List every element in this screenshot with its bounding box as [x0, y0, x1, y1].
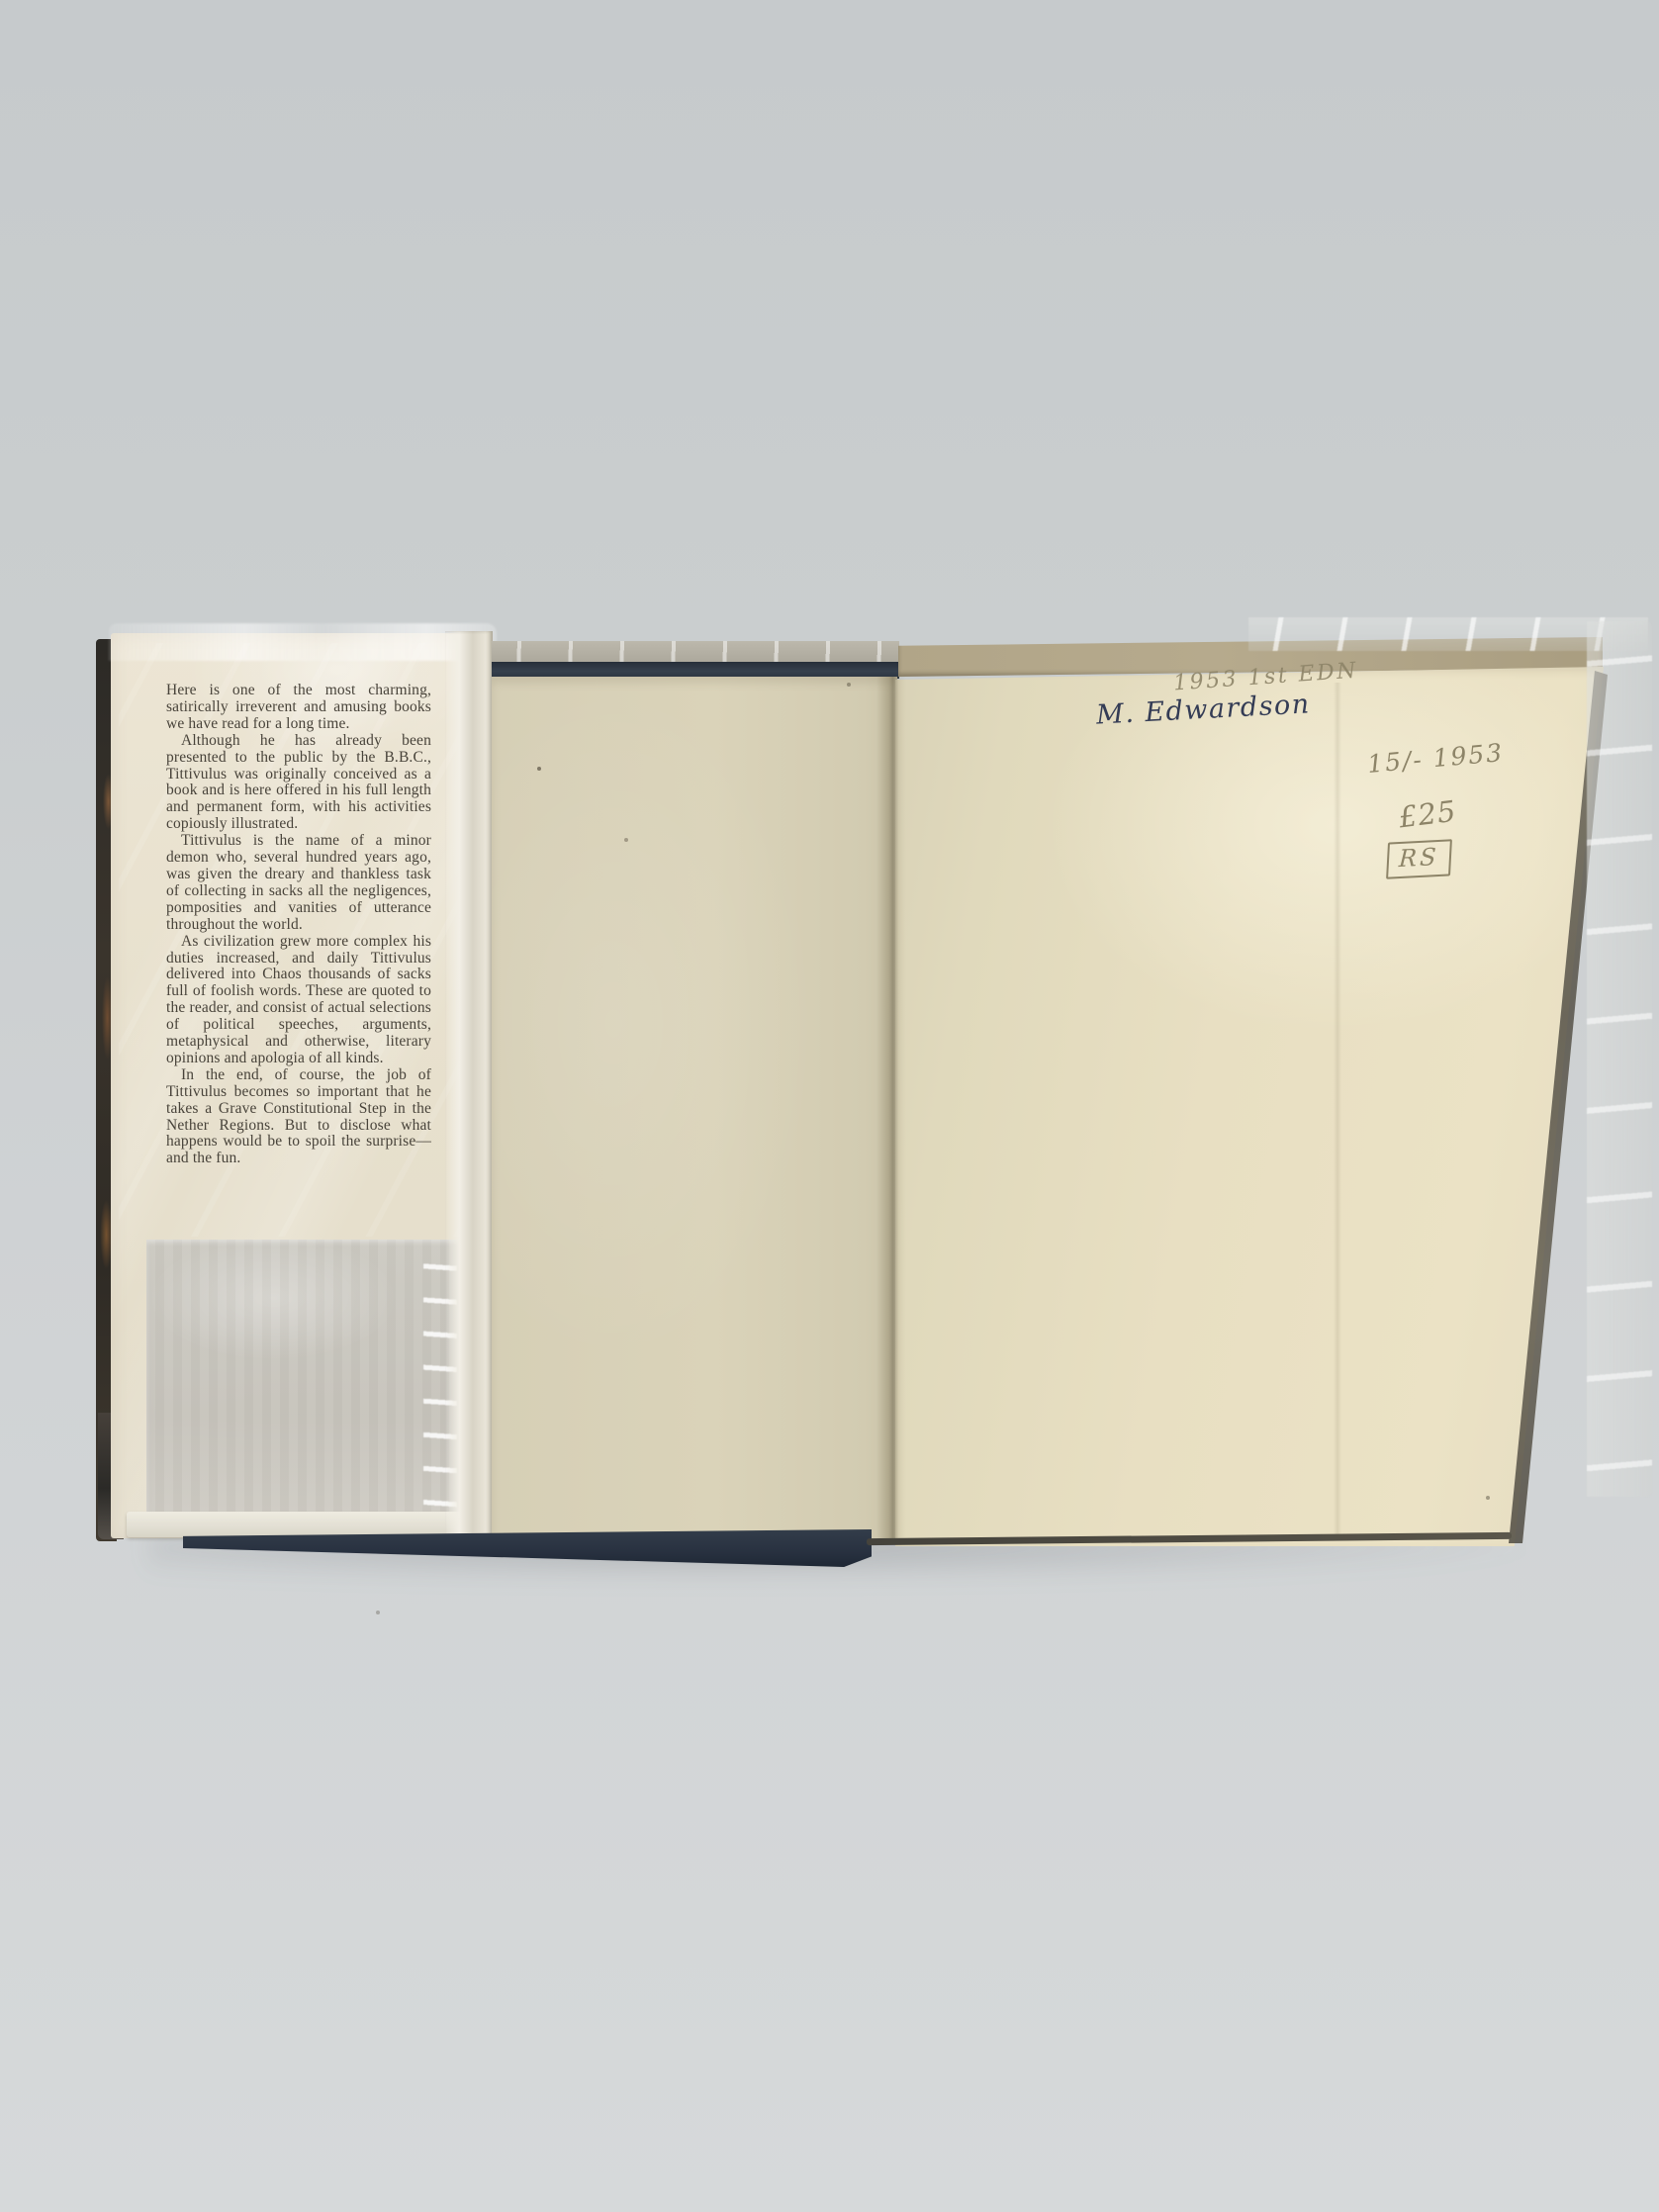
- right-endpaper: [895, 667, 1604, 1546]
- blurb-paragraph-4: As civilization grew more complex his du…: [166, 934, 431, 1067]
- paper-speck: [624, 838, 628, 842]
- gutter-shadow: [876, 677, 906, 1544]
- pages-top-edge: [492, 641, 899, 664]
- left-endpaper: [492, 677, 897, 1544]
- plastic-crinkle-top: [109, 623, 497, 661]
- blurb-paragraph-1: Here is one of the most charming, satiri…: [166, 683, 431, 733]
- jacket-protector-right: [1587, 621, 1652, 1497]
- flap-blurb: Here is one of the most charming, satiri…: [166, 683, 431, 1167]
- blurb-paragraph-3: Tittivulus is the name of a minor demon …: [166, 833, 431, 933]
- plastic-fold-right: [445, 631, 493, 1536]
- bookseller-initials: RS: [1386, 839, 1451, 879]
- book-photo: Here is one of the most charming, satiri…: [0, 0, 1659, 2212]
- plastic-fold-bottom: [127, 1512, 471, 1537]
- paper-speck: [537, 767, 541, 771]
- paper-speck: [847, 683, 851, 687]
- blurb-paragraph-5: In the end, of course, the job of Tittiv…: [166, 1067, 431, 1167]
- plastic-frosted-panel: [146, 1240, 463, 1532]
- price-annotation: £25: [1397, 794, 1458, 835]
- right-page-crease: [1334, 683, 1341, 1538]
- paper-speck: [1486, 1496, 1490, 1500]
- background-speck: [376, 1611, 380, 1614]
- blurb-paragraph-2: Although he has already been presented t…: [166, 733, 431, 833]
